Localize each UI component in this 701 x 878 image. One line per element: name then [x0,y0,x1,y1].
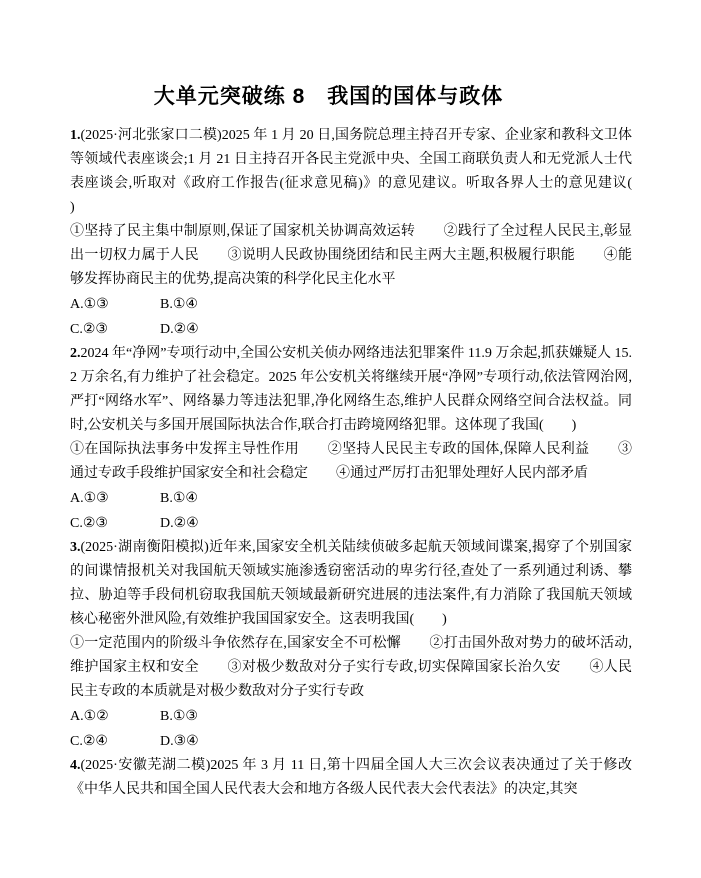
worksheet-page: 大单元突破练 8 我国的国体与政体 1.(2025·河北张家口二模)2025 年… [0,0,701,878]
question-stem-text: 2024 年“净网”专项行动中,全国公安机关侦办网络违法犯罪案件 11.9 万余… [70,346,632,433]
question-2-items: ①在国际执法事务中发挥主导性作用 ②坚持人民民主专政的国体,保障人民利益 ③通过… [70,438,632,486]
question-source: (2025·安徽芜湖二模) [81,758,211,773]
choice-D: D.③④ [160,729,199,754]
choice-C: C.②③ [70,511,160,536]
question-1: 1.(2025·河北张家口二模)2025 年 1 月 20 日,国务院总理主持召… [70,124,632,342]
question-3-choice-row-2: C.②④D.③④ [70,729,632,754]
choice-A: A.①③ [70,292,160,317]
question-2-choice-row-2: C.②③D.②④ [70,511,632,536]
choice-D: D.②④ [160,511,199,536]
choice-B: B.①③ [160,704,198,729]
choice-B: B.①④ [160,486,198,511]
choice-A: A.①② [70,704,160,729]
question-number: 1. [70,128,81,143]
question-3-items: ①一定范围内的阶级斗争依然存在,国家安全不可松懈 ②打击国外敌对势力的破坏活动,… [70,632,632,704]
question-1-items: ①坚持了民主集中制原则,保证了国家机关协调高效运转 ②践行了全过程人民民主,彰显… [70,220,632,292]
page-title: 大单元突破练 8 我国的国体与政体 [70,80,587,110]
question-1-choice-row-2: C.②③D.②④ [70,317,632,342]
question-number: 2. [70,346,81,361]
choice-C: C.②③ [70,317,160,342]
question-2-stem: 2.2024 年“净网”专项行动中,全国公安机关侦办网络违法犯罪案件 11.9 … [70,342,632,438]
question-4-stem: 4.(2025·安徽芜湖二模)2025 年 3 月 11 日,第十四届全国人大三… [70,754,632,802]
choice-C: C.②④ [70,729,160,754]
question-4: 4.(2025·安徽芜湖二模)2025 年 3 月 11 日,第十四届全国人大三… [70,754,632,802]
question-source: (2025·河北张家口二模) [81,128,222,143]
choice-A: A.①③ [70,486,160,511]
question-3-choice-row-1: A.①②B.①③ [70,704,632,729]
question-3: 3.(2025·湖南衡阳模拟)近年来,国家安全机关陆续侦破多起航天领域间谍案,揭… [70,536,632,754]
question-2: 2.2024 年“净网”专项行动中,全国公安机关侦办网络违法犯罪案件 11.9 … [70,342,632,536]
question-number: 4. [70,758,81,773]
choice-D: D.②④ [160,317,199,342]
question-source: (2025·湖南衡阳模拟) [81,540,209,555]
question-2-choice-row-1: A.①③B.①④ [70,486,632,511]
question-1-choice-row-1: A.①③B.①④ [70,292,632,317]
question-3-stem: 3.(2025·湖南衡阳模拟)近年来,国家安全机关陆续侦破多起航天领域间谍案,揭… [70,536,632,632]
question-number: 3. [70,540,81,555]
choice-B: B.①④ [160,292,198,317]
question-1-stem: 1.(2025·河北张家口二模)2025 年 1 月 20 日,国务院总理主持召… [70,124,632,220]
